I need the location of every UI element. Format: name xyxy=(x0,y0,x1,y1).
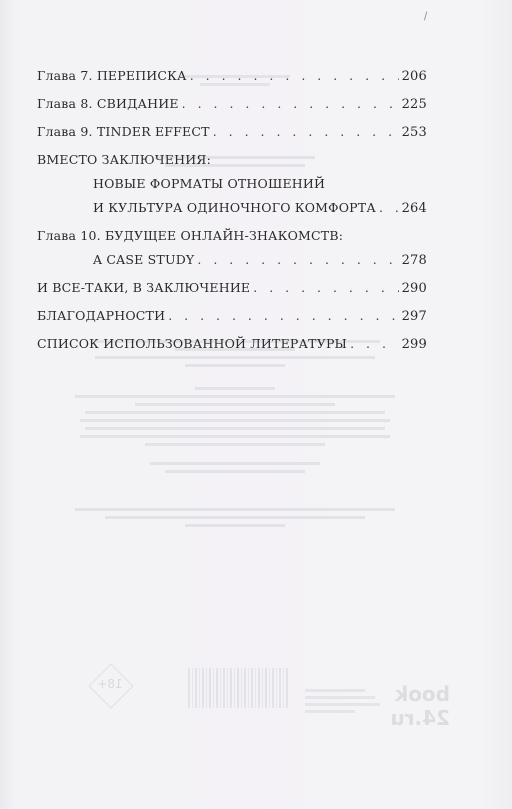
toc-title: СПИСОК ИСПОЛЬЗОВАННОЙ ЛИТЕРАТУРЫ xyxy=(37,332,347,356)
toc-page-number: 290 xyxy=(402,277,427,300)
toc-title: И КУЛЬТУРА ОДИНОЧНОГО КОМФОРТА xyxy=(93,196,376,220)
toc-title: Глава 10. БУДУЩЕЕ ОНЛАЙН-ЗНАКОМСТВ: xyxy=(37,224,343,248)
toc-entry: ВМЕСТО ЗАКЛЮЧЕНИЯ:НОВЫЕ ФОРМАТЫ ОТНОШЕНИ… xyxy=(37,148,427,220)
toc-line: НОВЫЕ ФОРМАТЫ ОТНОШЕНИЙ xyxy=(37,172,427,196)
dot-leader xyxy=(197,248,398,272)
dot-leader xyxy=(168,304,398,328)
toc-entry: И ВСЕ-ТАКИ, В ЗАКЛЮЧЕНИЕ290 xyxy=(37,276,427,300)
toc-page-number: 297 xyxy=(402,305,427,328)
toc-line: БЛАГОДАРНОСТИ297 xyxy=(37,304,427,328)
toc-line: СПИСОК ИСПОЛЬЗОВАННОЙ ЛИТЕРАТУРЫ299 xyxy=(37,332,427,356)
toc-title: Глава 7. ПЕРЕПИСКА xyxy=(37,64,187,88)
bleed-through-back-cover: book 24.ru 18+ xyxy=(80,660,450,730)
toc-title: ВМЕСТО ЗАКЛЮЧЕНИЯ: xyxy=(37,148,211,172)
toc-title: И ВСЕ-ТАКИ, В ЗАКЛЮЧЕНИЕ xyxy=(37,276,250,300)
toc-title: A CASE STUDY xyxy=(93,248,194,272)
age-rating-text: 18+ xyxy=(93,677,127,691)
table-of-contents: Глава 7. ПЕРЕПИСКА206Глава 8. СВИДАНИЕ22… xyxy=(37,64,427,360)
publisher-ghost xyxy=(305,685,385,717)
toc-title: Глава 8. СВИДАНИЕ xyxy=(37,92,179,116)
dot-leader xyxy=(253,276,398,300)
toc-entry: Глава 7. ПЕРЕПИСКА206 xyxy=(37,64,427,88)
toc-page-number: 278 xyxy=(402,249,427,272)
toc-title: БЛАГОДАРНОСТИ xyxy=(37,304,165,328)
toc-entry: БЛАГОДАРНОСТИ297 xyxy=(37,304,427,328)
toc-title: НОВЫЕ ФОРМАТЫ ОТНОШЕНИЙ xyxy=(93,172,325,196)
toc-line: Глава 8. СВИДАНИЕ225 xyxy=(37,92,427,116)
dot-leader xyxy=(350,332,399,356)
dot-leader xyxy=(182,92,399,116)
toc-line: A CASE STUDY278 xyxy=(37,248,427,272)
toc-line: Глава 7. ПЕРЕПИСКА206 xyxy=(37,64,427,88)
toc-page-number: 225 xyxy=(402,93,427,116)
pencil-mark xyxy=(424,12,431,22)
toc-page-number: 206 xyxy=(402,65,427,88)
toc-line: Глава 10. БУДУЩЕЕ ОНЛАЙН-ЗНАКОМСТВ: xyxy=(37,224,427,248)
dot-leader xyxy=(379,196,399,220)
toc-entry: Глава 10. БУДУЩЕЕ ОНЛАЙН-ЗНАКОМСТВ:A CAS… xyxy=(37,224,427,272)
toc-line: Глава 9. TINDER EFFECT253 xyxy=(37,120,427,144)
toc-entry: СПИСОК ИСПОЛЬЗОВАННОЙ ЛИТЕРАТУРЫ299 xyxy=(37,332,427,356)
toc-line: ВМЕСТО ЗАКЛЮЧЕНИЯ: xyxy=(37,148,427,172)
toc-page-number: 299 xyxy=(402,333,427,356)
toc-line: И КУЛЬТУРА ОДИНОЧНОГО КОМФОРТА264 xyxy=(37,196,427,220)
toc-entry: Глава 9. TINDER EFFECT253 xyxy=(37,120,427,144)
bleed-through-imprint xyxy=(70,335,400,532)
dot-leader xyxy=(213,120,399,144)
toc-page-number: 253 xyxy=(402,121,427,144)
toc-entry: Глава 8. СВИДАНИЕ225 xyxy=(37,92,427,116)
toc-title: Глава 9. TINDER EFFECT xyxy=(37,120,210,144)
toc-line: И ВСЕ-ТАКИ, В ЗАКЛЮЧЕНИЕ290 xyxy=(37,276,427,300)
book-page: book 24.ru 18+ Глава 7. ПЕРЕПИСКА206Глав… xyxy=(0,0,512,809)
dot-leader xyxy=(190,64,399,88)
site-logo-ghost: book 24.ru xyxy=(390,682,450,730)
toc-page-number: 264 xyxy=(402,197,427,220)
barcode-ghost xyxy=(188,668,288,708)
